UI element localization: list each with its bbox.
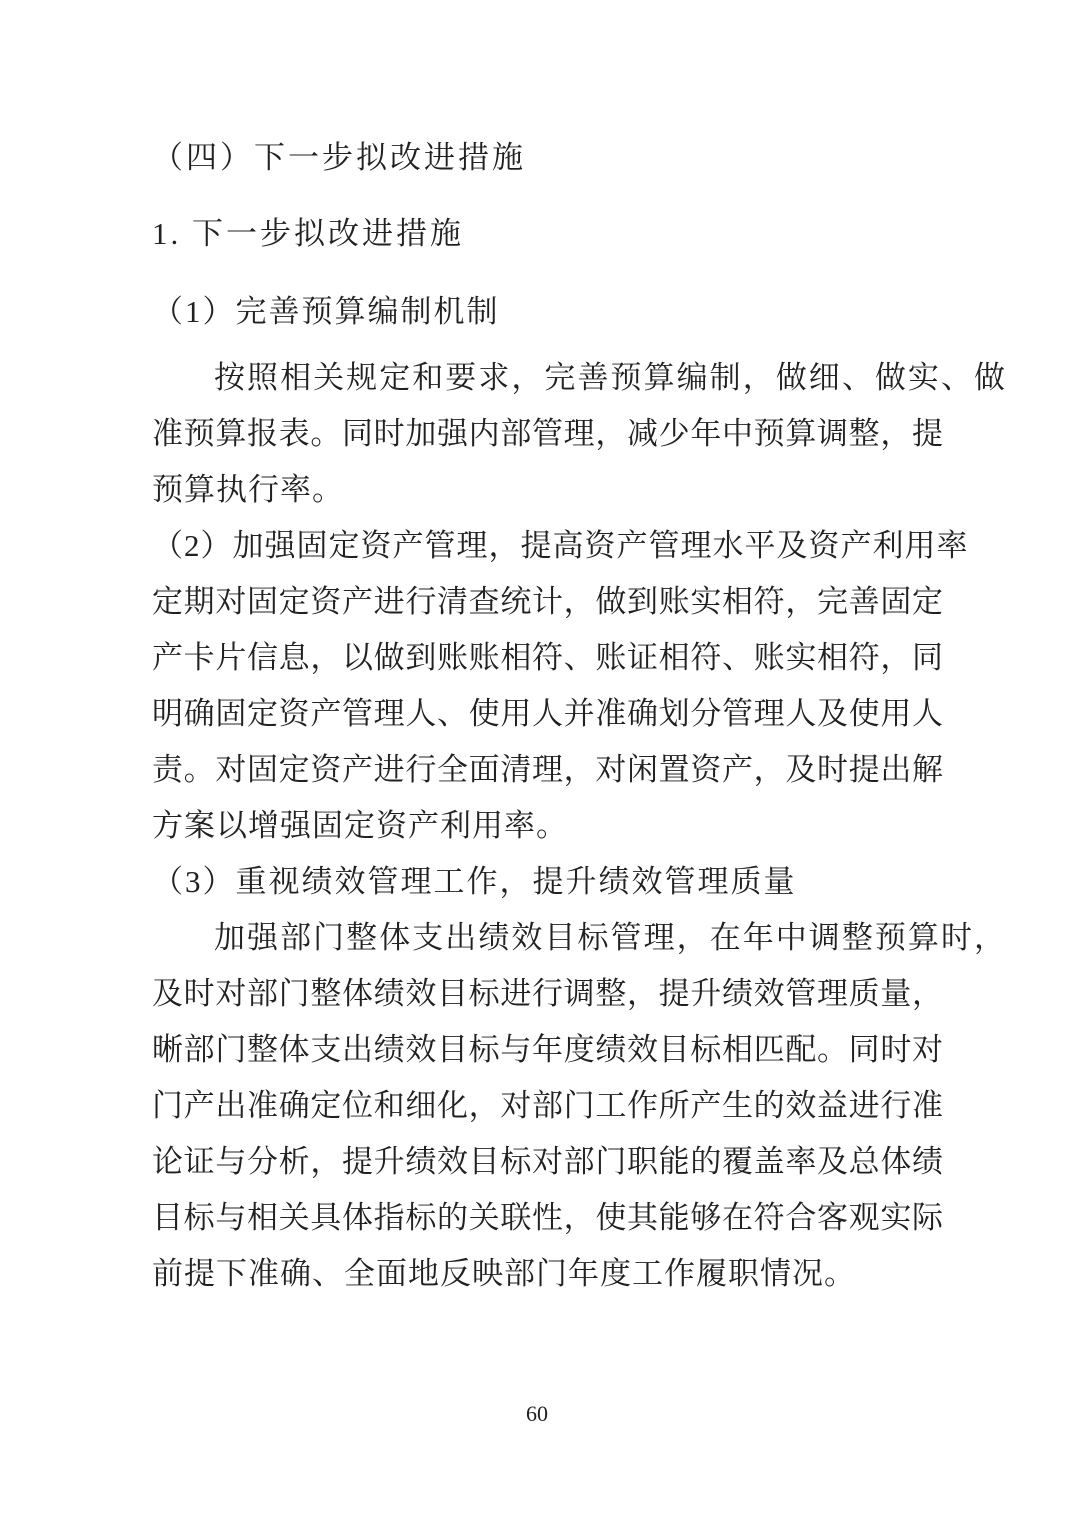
document-page: （四）下一步拟改进措施1. 下一步拟改进措施（1）完善预算编制机制按照相关规定和… (0, 0, 1074, 1520)
text-line: 论证与分析，提升绩效目标对部门职能的覆盖率及总体绩效 (152, 1134, 943, 1190)
text-line: 准预算报表。同时加强内部管理，减少年中预算调整，提高 (152, 406, 943, 462)
text-line: 及时对部门整体绩效目标进行调整，提升绩效管理质量，明 (152, 966, 943, 1022)
text-line: 产卡片信息，以做到账账相符、账证相符、账实相符，同时 (152, 630, 943, 686)
subheading-line: （1）完善预算编制机制 (152, 284, 943, 340)
text-line: 目标与相关具体指标的关联性，使其能够在符合客观实际的 (152, 1190, 943, 1246)
text-line: 按照相关规定和要求，完善预算编制，做细、做实、做 (152, 350, 1005, 406)
subheading-line: （3）重视绩效管理工作，提升绩效管理质量 (152, 854, 943, 910)
text-line: 晰部门整体支出绩效目标与年度绩效目标相匹配。同时对部 (152, 1022, 943, 1078)
text-line: （2）加强固定资产管理，提高资产管理水平及资产利用率 (152, 518, 943, 574)
heading-line: 1. 下一步拟改进措施 (152, 206, 943, 262)
page-number: 60 (0, 1398, 1074, 1430)
text-line: 明确固定资产管理人、使用人并准确划分管理人及使用人职 (152, 686, 943, 742)
text-line: 责。对固定资产进行全面清理，对闲置资产，及时提出解决 (152, 742, 943, 798)
document-body: （四）下一步拟改进措施1. 下一步拟改进措施（1）完善预算编制机制按照相关规定和… (152, 0, 943, 1520)
text-line: 加强部门整体支出绩效目标管理，在年中调整预算时， (152, 910, 1005, 966)
text-line: 方案以增强固定资产利用率。 (152, 798, 943, 854)
heading-line: （四）下一步拟改进措施 (152, 130, 943, 186)
text-line: 定期对固定资产进行清查统计，做到账实相符，完善固定资 (152, 574, 943, 630)
text-line: 预算执行率。 (152, 462, 943, 518)
text-line: 门产出准确定位和细化，对部门工作所产生的效益进行准确 (152, 1078, 943, 1134)
text-line: 前提下准确、全面地反映部门年度工作履职情况。 (152, 1246, 943, 1302)
